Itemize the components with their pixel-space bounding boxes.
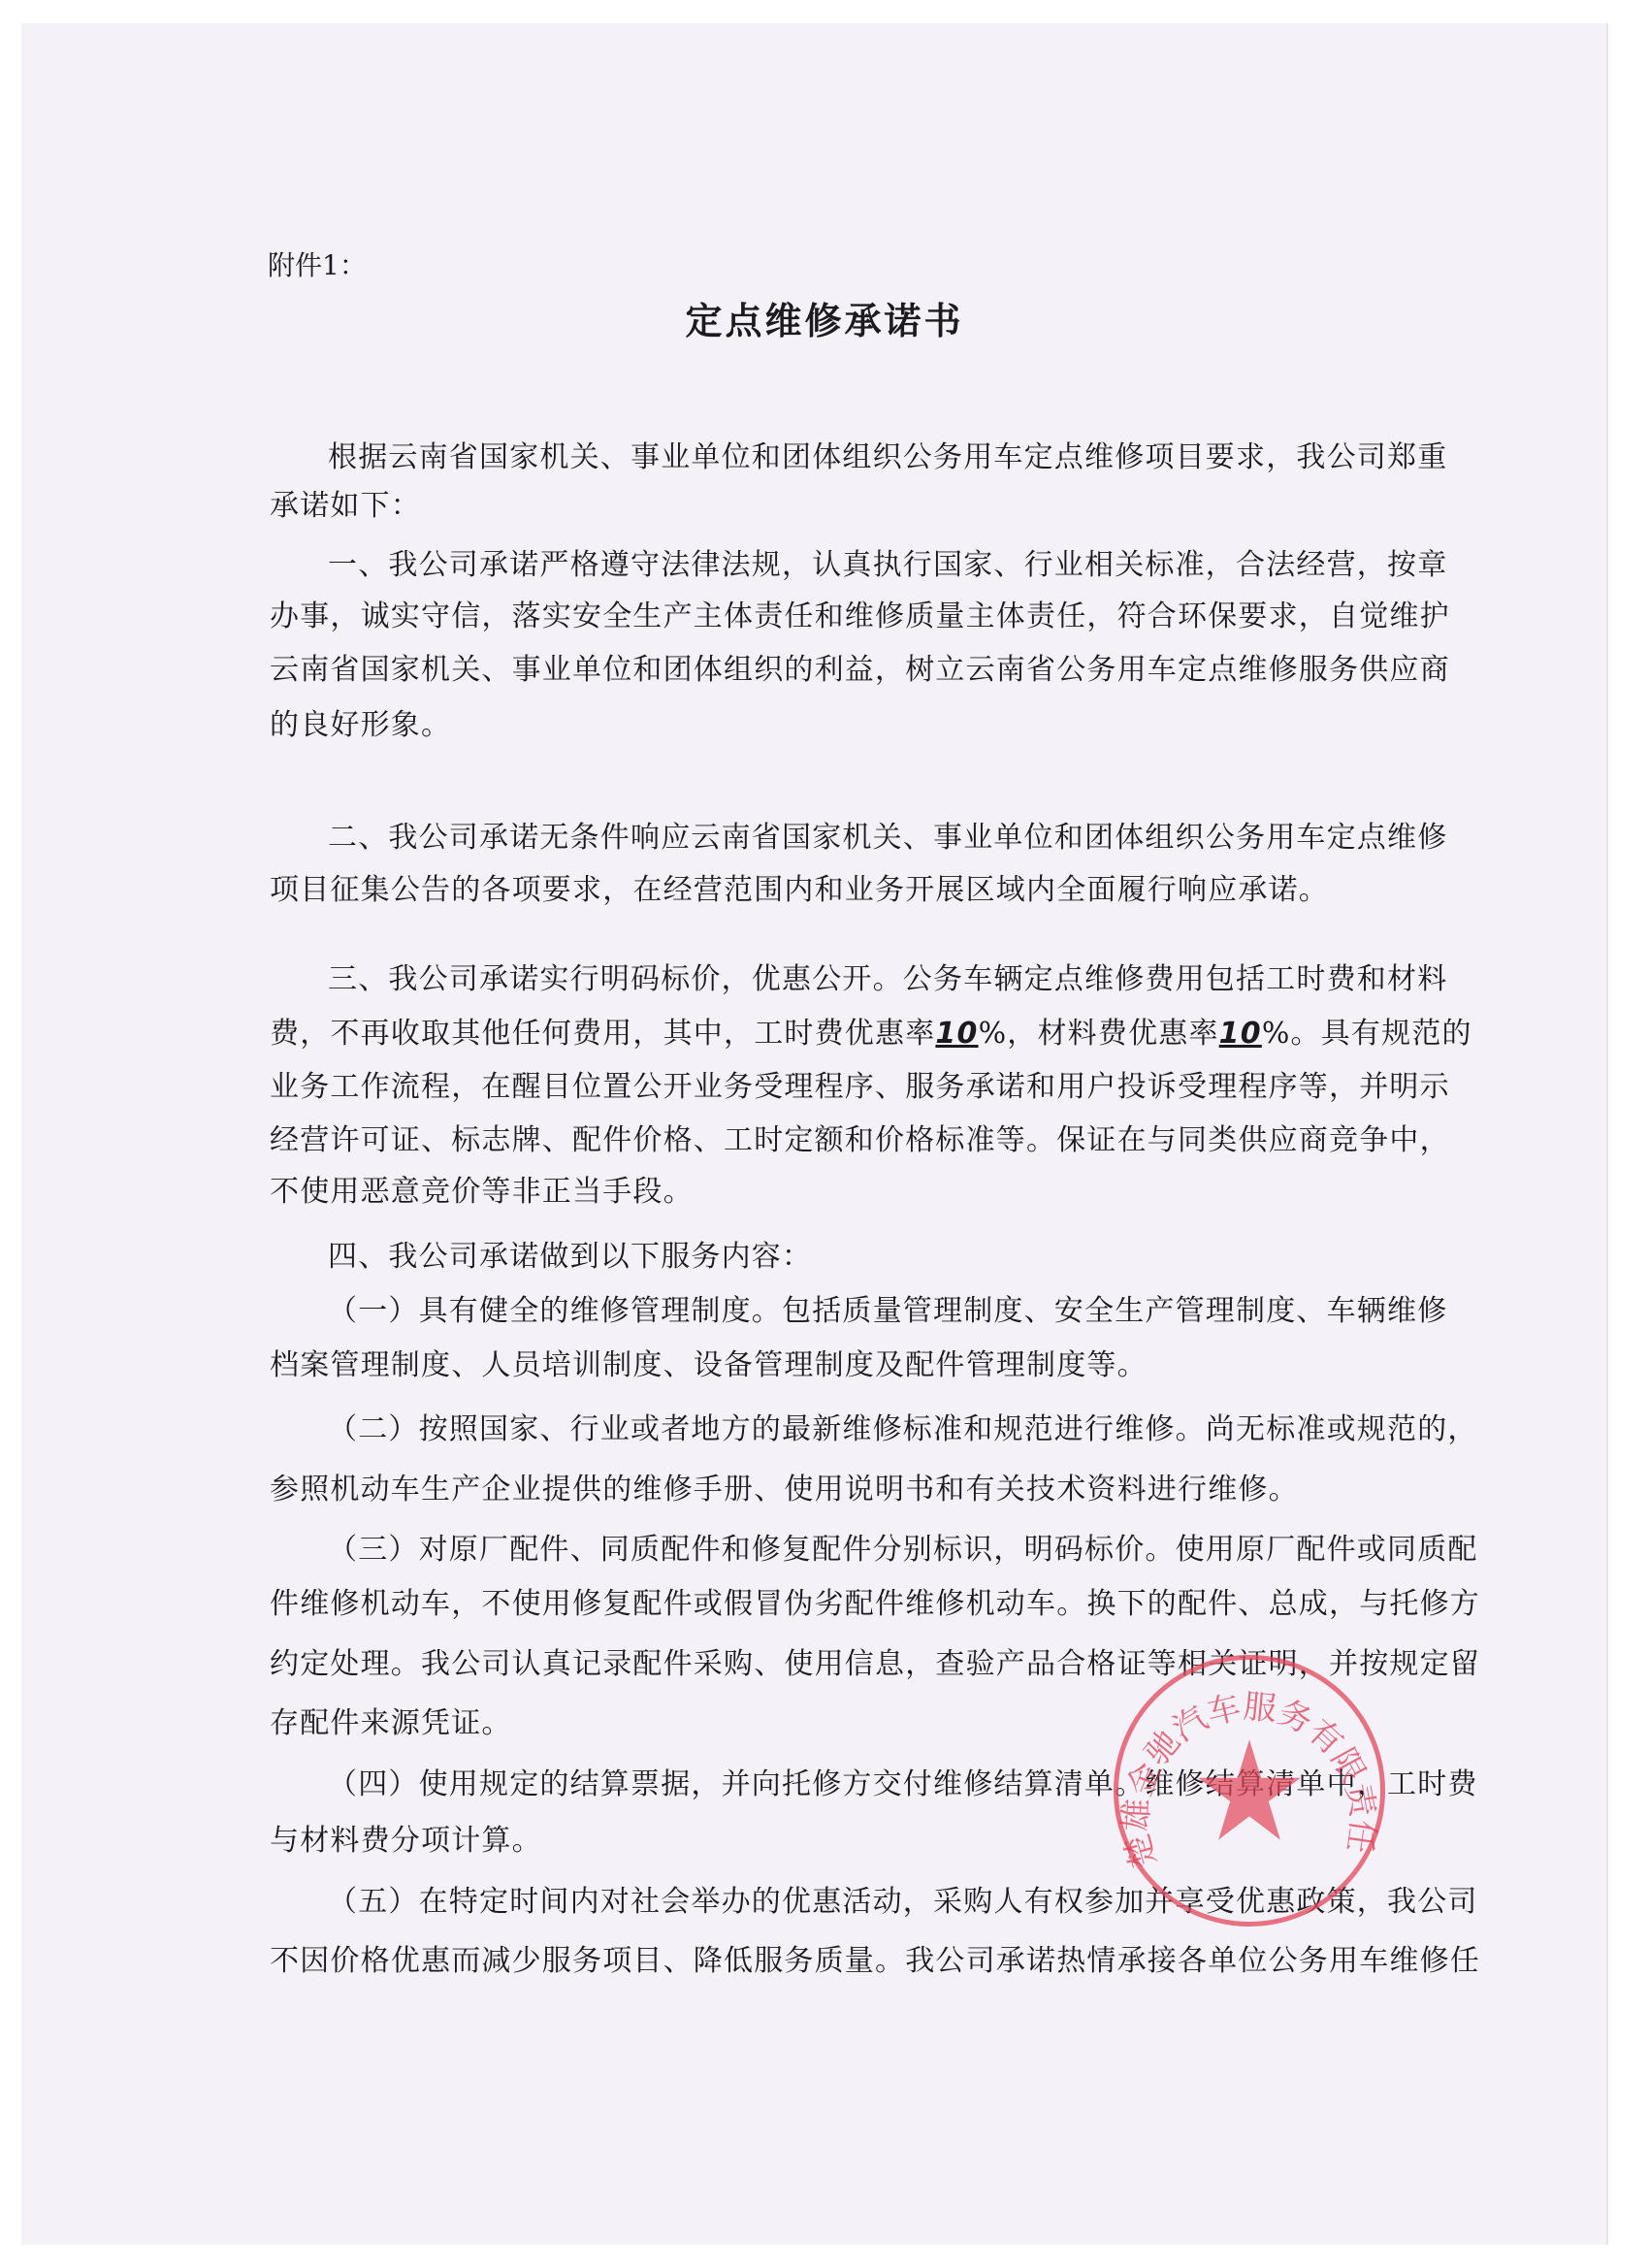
body-line: （二）按照国家、行业或者地方的最新维修标准和规范进行维修。尚无标准或规范的，	[328, 1405, 1478, 1447]
fee-line: 费，不再收取其他任何费用，其中，工时费优惠率10%，材料费优惠率10%。具有规范…	[270, 1009, 1472, 1052]
body-line: 存配件来源凭证。	[270, 1699, 512, 1741]
body-line: 办事，诚实守信，落实安全生产主体责任和维修质量主体责任，符合环保要求，自觉维护	[270, 592, 1450, 634]
body-line: 不使用恶意竞价等非正当手段。	[270, 1167, 694, 1210]
body-line: 档案管理制度、人员培训制度、设备管理制度及配件管理制度等。	[270, 1341, 1148, 1383]
body-line: 一、我公司承诺严格遵守法律法规，认真执行国家、行业相关标准，合法经营，按章	[328, 540, 1447, 583]
body-line: 经营许可证、标志牌、配件价格、工时定额和价格标准等。保证在与同类供应商竞争中，	[270, 1116, 1450, 1158]
body-line: （三）对原厂配件、同质配件和修复配件分别标识，明码标价。使用原厂配件或同质配	[328, 1525, 1478, 1568]
seal-text: 楚雄金驰汽车服务有限责任公司	[1118, 1660, 1380, 1922]
body-line: （一）具有健全的维修管理制度。包括质量管理制度、安全生产管理制度、车辆维修	[328, 1286, 1447, 1329]
body-line: 云南省国家机关、事业单位和团体组织的利益，树立云南省公务用车定点维修服务供应商	[270, 645, 1450, 688]
document-title: 定点维修承诺书	[0, 291, 1649, 344]
fee-text-2: %，材料费优惠率	[979, 1017, 1219, 1051]
body-line: 参照机动车生产企业提供的维修手册、使用说明书和有关技术资料进行维修。	[270, 1465, 1299, 1507]
labor-discount-value: 10	[935, 1017, 978, 1051]
body-line: 的良好形象。	[270, 700, 451, 743]
fee-text-3: %。具有规范的	[1262, 1017, 1472, 1051]
svg-text:楚雄金驰汽车服务有限责任公司: 楚雄金驰汽车服务有限责任公司	[1118, 1660, 1380, 1872]
body-line: 件维修机动车，不使用修复配件或假冒伪劣配件维修机动车。换下的配件、总成，与托修方	[270, 1579, 1480, 1622]
attachment-label: 附件1：	[268, 244, 367, 283]
body-line: 根据云南省国家机关、事业单位和团体组织公务用车定点维修项目要求，我公司郑重	[328, 433, 1447, 475]
body-line: 三、我公司承诺实行明码标价，优惠公开。公务车辆定点维修费用包括工时费和材料	[328, 955, 1447, 997]
material-discount-value: 10	[1219, 1017, 1262, 1051]
body-line: 承诺如下：	[270, 481, 421, 524]
body-line: 与材料费分项计算。	[270, 1816, 542, 1859]
body-line: 业务工作流程，在醒目位置公开业务受理程序、服务承诺和用户投诉受理程序等，并明示	[270, 1062, 1450, 1105]
body-line: 四、我公司承诺做到以下服务内容：	[328, 1232, 812, 1275]
fee-text-1: 费，不再收取其他任何费用，其中，工时费优惠率	[270, 1017, 935, 1051]
company-seal: 楚雄金驰汽车服务有限责任公司	[1114, 1655, 1385, 1927]
body-line: 不因价格优惠而减少服务项目、降低服务质量。我公司承诺热情承接各单位公务用车维修任	[270, 1936, 1480, 1979]
body-line: 二、我公司承诺无条件响应云南省国家机关、事业单位和团体组织公务用车定点维修	[328, 813, 1447, 856]
body-line: 项目征集公告的各项要求，在经营范围内和业务开展区域内全面履行响应承诺。	[270, 865, 1329, 908]
